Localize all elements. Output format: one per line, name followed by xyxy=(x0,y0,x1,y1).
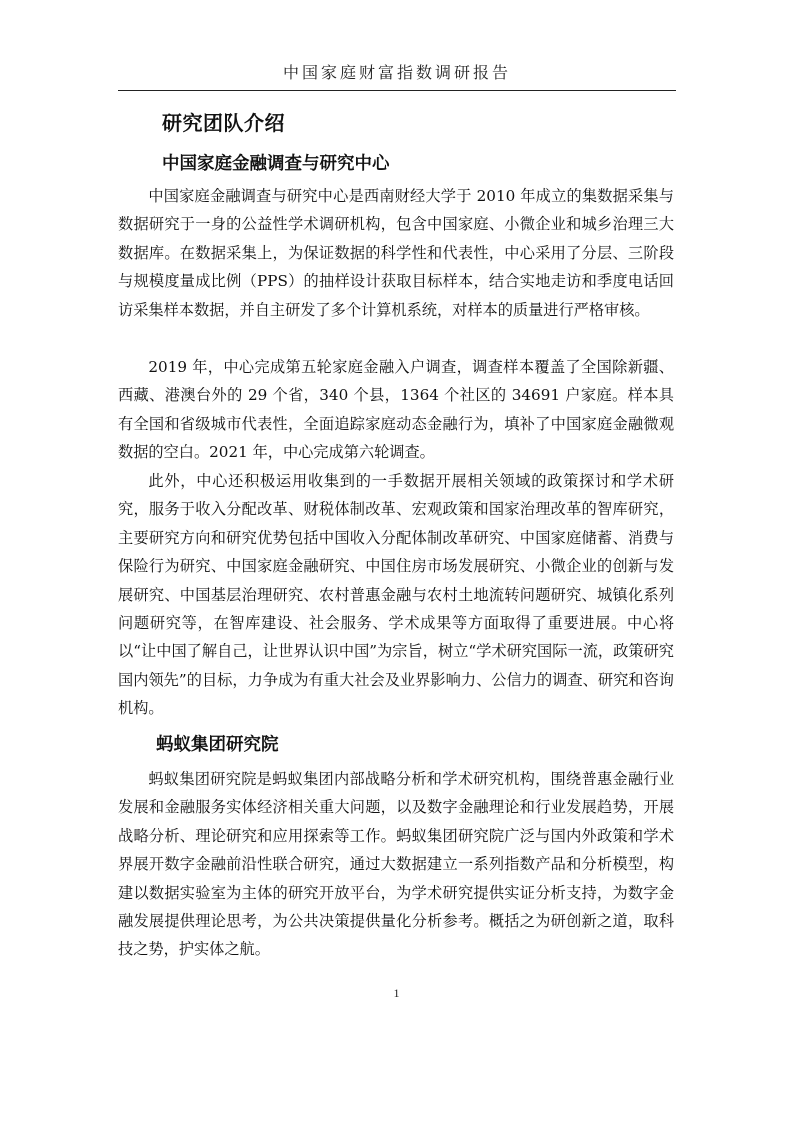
paragraph-chfs-2019-survey: 2019 年，中心完成第五轮家庭金融入户调查，调查样本覆盖了全国除新疆、西藏、港… xyxy=(118,353,674,467)
section-title: 研究团队介绍 xyxy=(162,107,285,136)
page-number: 1 xyxy=(0,986,793,1001)
subsection-title-chfs: 中国家庭金融调查与研究中心 xyxy=(162,150,390,175)
paragraph-chfs-research: 此外，中心还积极运用收集到的一手数据开展相关领域的政策探讨和学术研究，服务于收入… xyxy=(118,467,674,723)
paragraph-chfs-intro: 中国家庭金融调查与研究中心是西南财经大学于 2010 年成立的集数据采集与数据研… xyxy=(118,182,674,324)
header-divider xyxy=(118,90,676,91)
paragraph-ant-group-intro: 蚂蚁集团研究院是蚂蚁集团内部战略分析和学术研究机构，围绕普惠金融行业发展和金融服… xyxy=(118,765,674,964)
subsection-title-ant-group: 蚂蚁集团研究院 xyxy=(156,731,279,756)
page-header: 中国家庭财富指数调研报告 xyxy=(118,60,676,83)
